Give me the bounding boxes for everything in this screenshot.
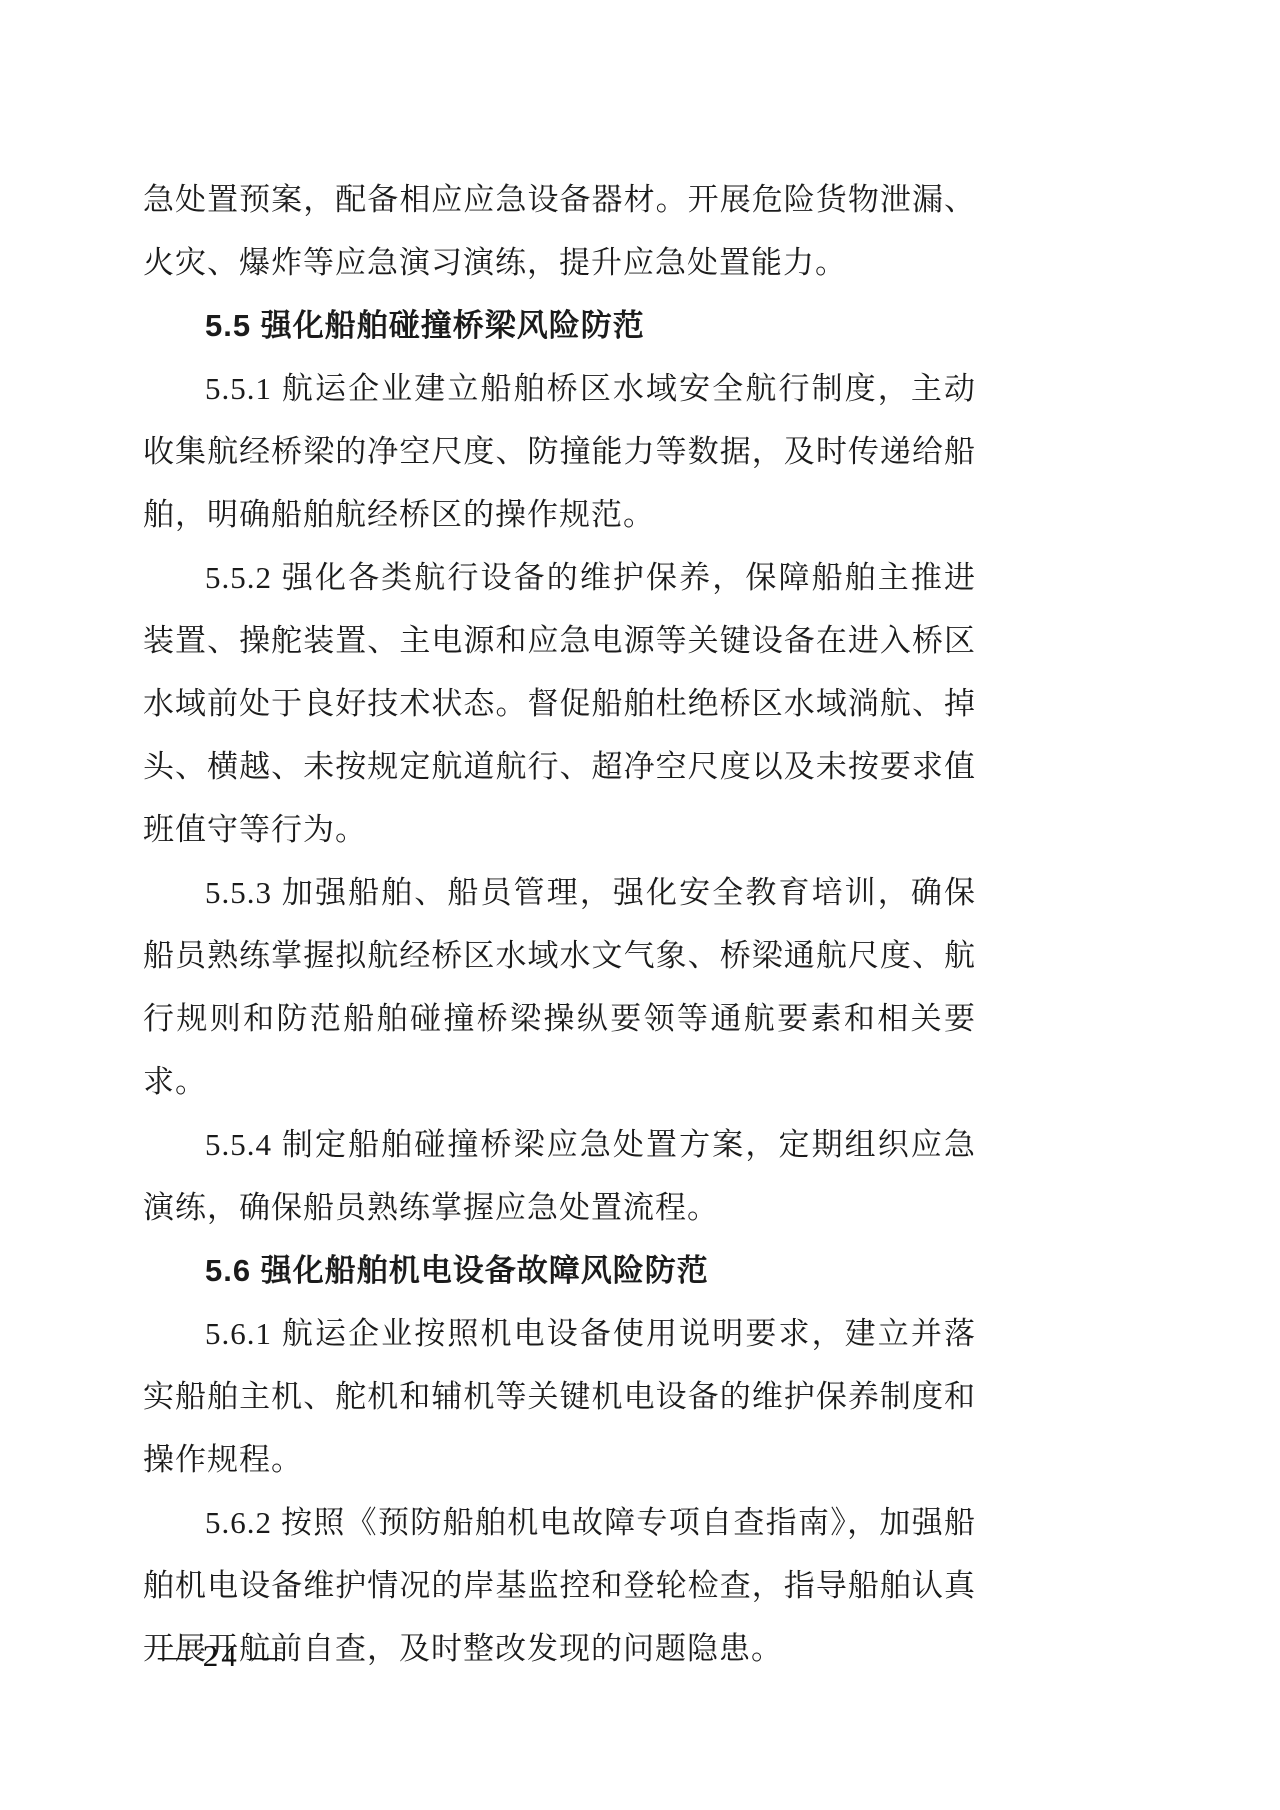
document-body: 急处置预案，配备相应应急设备器材。开展危险货物泄漏、火灾、爆炸等应急演习演练，提… [143,168,976,1680]
paragraph-5-5-1: 5.5.1 航运企业建立船舶桥区水域安全航行制度，主动收集航经桥梁的净空尺度、防… [143,357,976,546]
document-page: 急处置预案，配备相应应急设备器材。开展危险货物泄漏、火灾、爆炸等应急演习演练，提… [0,0,1280,1810]
paragraph-5-5-3: 5.5.3 加强船舶、船员管理，强化安全教育培训，确保船员熟练掌握拟航经桥区水域… [143,861,976,1113]
paragraph-5-5-4: 5.5.4 制定船舶碰撞桥梁应急处置方案，定期组织应急演练，确保船员熟练掌握应急… [143,1113,976,1239]
page-number: — 24 — [158,1638,285,1674]
paragraph-5-6-1: 5.6.1 航运企业按照机电设备使用说明要求，建立并落实船舶主机、舵机和辅机等关… [143,1302,976,1491]
section-heading-5-6: 5.6 强化船舶机电设备故障风险防范 [143,1239,976,1302]
section-heading-5-5: 5.5 强化船舶碰撞桥梁风险防范 [143,294,976,357]
paragraph-5-5-2: 5.5.2 强化各类航行设备的维护保养，保障船舶主推进装置、操舵装置、主电源和应… [143,546,976,861]
paragraph-emergency-drills: 急处置预案，配备相应应急设备器材。开展危险货物泄漏、火灾、爆炸等应急演习演练，提… [143,168,976,294]
